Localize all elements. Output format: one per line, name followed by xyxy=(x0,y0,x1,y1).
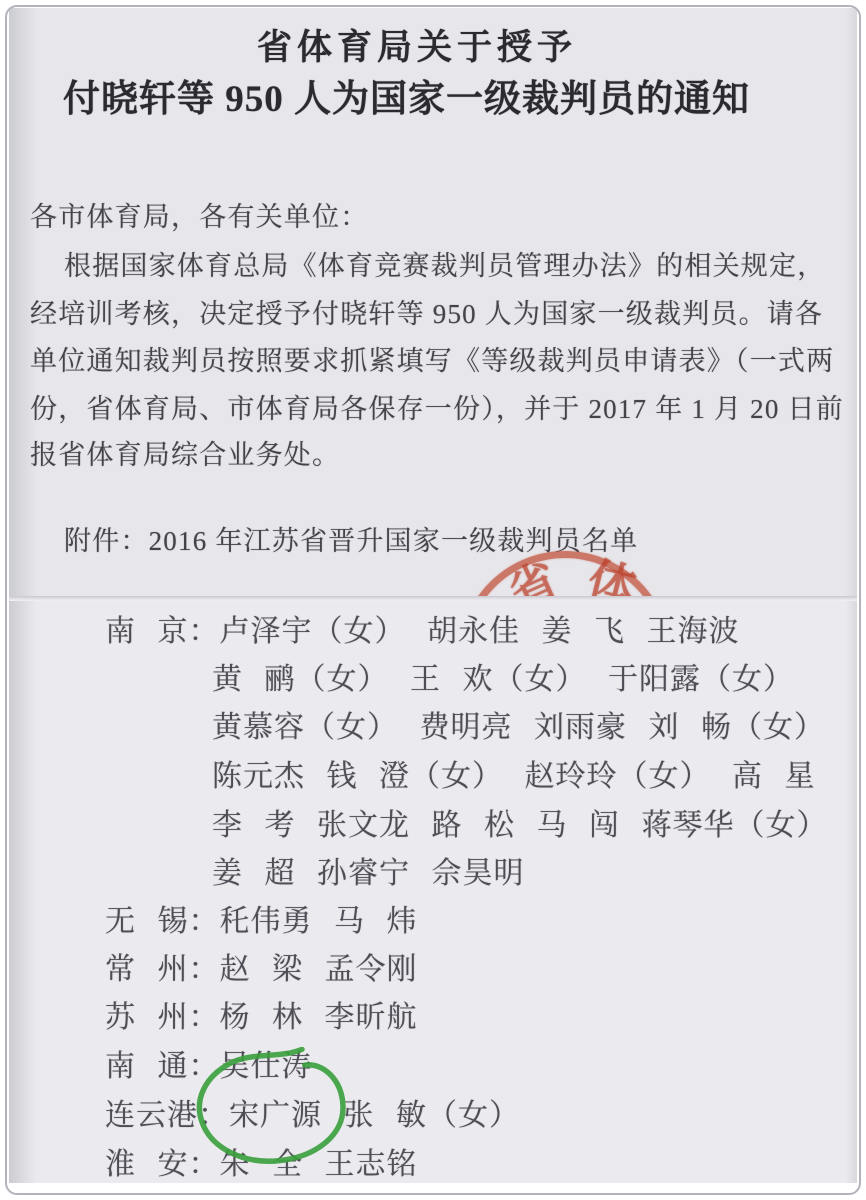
roster-row: 黄 鹂（女） 王 欢（女） 于阳露（女） xyxy=(212,654,794,698)
body-line: 份，省体育局、市体育局各保存一份），并于 2017 年 1 月 20 日前 xyxy=(30,387,844,426)
roster-row-wuxi: 无 锡：秅伟勇 马 炜 xyxy=(105,896,418,940)
body-line: 根据国家体育总局《体育竞赛裁判员管理办法》的相关规定， xyxy=(64,244,825,283)
roster-row-suzhou: 苏 州：杨 林 李昕航 xyxy=(105,992,418,1036)
body-line: 经培训考核，决定授予付晓轩等 950 人为国家一级裁判员。请各 xyxy=(30,292,823,331)
roster-row: 陈元杰 钱 澄（女） 赵玲玲（女） 高 星 xyxy=(212,751,816,795)
scanned-document-page: 省体育局关于授予 付晓轩等 950 人为国家一级裁判员的通知 各市体育局，各有关… xyxy=(0,0,866,1200)
notice-title-line-2: 付晓轩等 950 人为国家一级裁判员的通知 xyxy=(63,68,750,122)
notice-title-line-1: 省体育局关于授予 xyxy=(257,20,577,70)
roster-row-changzhou: 常 州：赵 梁 孟令刚 xyxy=(105,944,418,988)
green-circle-annotation-icon xyxy=(193,1047,349,1169)
roster-row-nanjing: 南 京：卢泽宇（女） 胡永佳 姜 飞 王海波 xyxy=(105,606,740,650)
roster-row: 李 考 张文龙 路 松 马 闯 蒋琴华（女） xyxy=(212,800,828,844)
notice-section: 省体育局关于授予 付晓轩等 950 人为国家一级裁判员的通知 各市体育局，各有关… xyxy=(9,8,857,598)
roster-row: 姜 超 孙睿宁 佘昊明 xyxy=(212,848,525,892)
body-line: 报省体育局综合业务处。 xyxy=(30,433,340,472)
scan-seam-divider xyxy=(9,596,857,601)
roster-section: 南 京：卢泽宇（女） 胡永佳 姜 飞 王海波 黄 鹂（女） 王 欢（女） 于阳露… xyxy=(9,601,857,1183)
body-line: 单位通知裁判员按照要求抓紧填写《等级裁判员申请表》（一式两 xyxy=(30,339,834,378)
roster-row: 黄慕容（女） 费明亮 刘雨豪 刘 畅（女） xyxy=(212,702,825,746)
salutation-line: 各市体育局，各有关单位： xyxy=(30,195,368,234)
